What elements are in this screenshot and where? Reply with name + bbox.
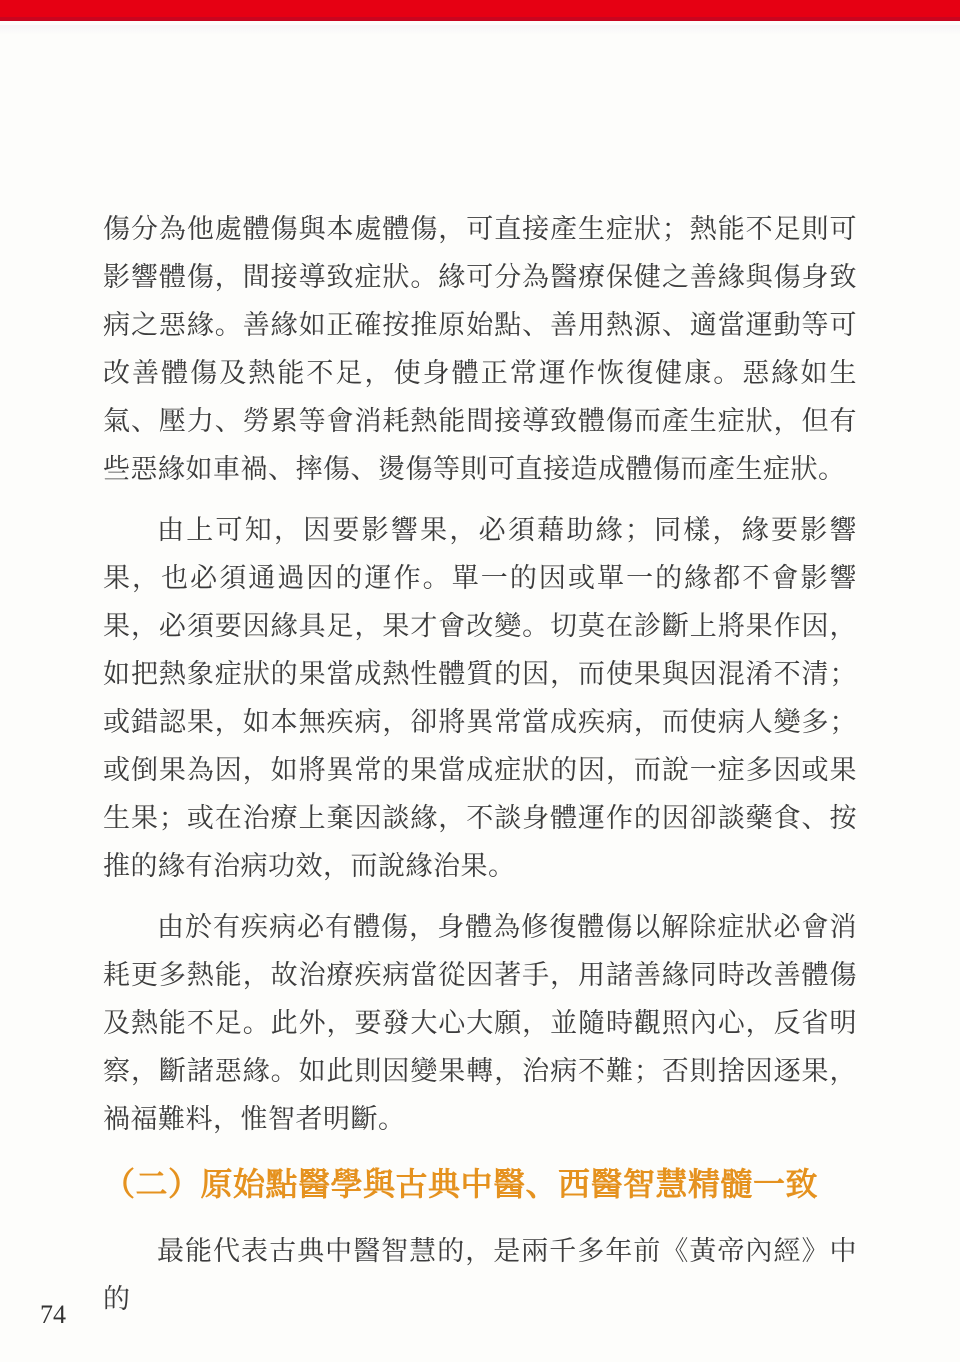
paragraph-cause-needs-condition: 由上可知，因要影響果，必須藉助緣；同樣，緣要影響果，也必須通過因的運作。單一的因… <box>103 506 857 890</box>
paragraph-treat-from-cause: 由於有疾病必有體傷，身體為修復體傷以解除症狀必會消耗更多熱能，故治療疾病當從因著… <box>103 903 857 1143</box>
page-body: 傷分為他處體傷與本處體傷，可直接產生症狀；熱能不足則可影響體傷，間接導致症狀。緣… <box>103 205 857 1336</box>
section-heading: （二）原始點醫學與古典中醫、西醫智慧精髓一致 <box>103 1159 857 1209</box>
paragraph-cause-effect-intro: 傷分為他處體傷與本處體傷，可直接產生症狀；熱能不足則可影響體傷，間接導致症狀。緣… <box>103 205 857 493</box>
page-number: 74 <box>40 1300 66 1330</box>
page-top-red-bar <box>0 0 960 21</box>
paragraph-classic-medicine-intro: 最能代表古典中醫智慧的，是兩千多年前《黃帝內經》中的 <box>103 1227 857 1323</box>
page-top-bar-shadow <box>0 25 960 35</box>
book-page: 傷分為他處體傷與本處體傷，可直接產生症狀；熱能不足則可影響體傷，間接導致症狀。緣… <box>0 0 960 1362</box>
